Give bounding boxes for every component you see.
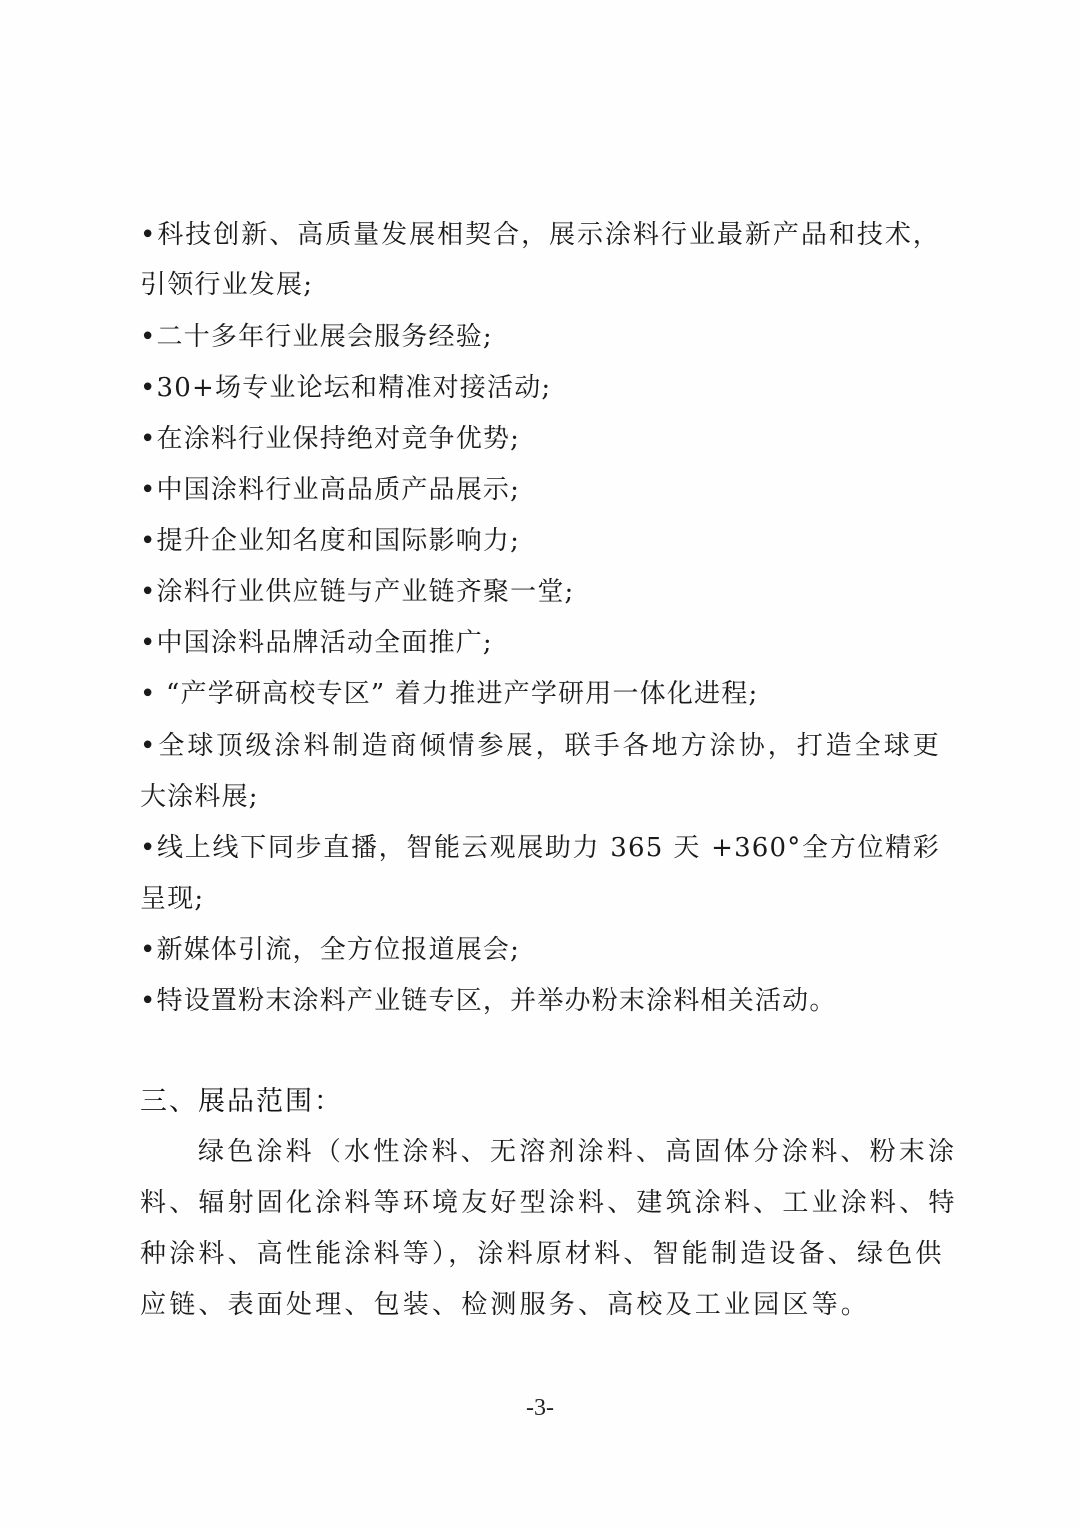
bullet-item-line: •提升企业知名度和国际影响力; [140,526,520,556]
bullet-item-line: 呈现; [140,884,204,914]
bullet-item-line: •特设置粉末涂料产业链专区，并举办粉末涂料相关活动。 [140,986,837,1016]
bullet-item-line: 大涂料展; [140,782,259,812]
bullet-item-line: •中国涂料品牌活动全面推广; [140,628,493,658]
document-page: •科技创新、高质量发展相契合，展示涂料行业最新产品和技术， 引领行业发展; •二… [0,0,1080,1527]
section-paragraph-line: 应链、表面处理、包装、检测服务、高校及工业园区等。 [140,1290,870,1320]
section-heading: 三、展品范围： [140,1087,343,1117]
bullet-item-line: •二十多年行业展会服务经验; [140,322,493,352]
bullet-item-line: •全球顶级涂料制造商倾情参展，联手各地方涂协，打造全球更 [140,731,940,761]
section-paragraph-line: 绿色涂料（水性涂料、无溶剂涂料、高固体分涂料、粉末涂 [198,1137,940,1167]
bullet-item-line: •科技创新、高质量发展相契合，展示涂料行业最新产品和技术， [140,220,940,250]
bullet-item-line: •线上线下同步直播，智能云观展助力 365 天 +360°全方位精彩 [140,833,940,863]
bullet-item-line: • “产学研高校专区” 着力推进产学研用一体化进程; [140,679,758,709]
bullet-item-line: •中国涂料行业高品质产品展示; [140,475,520,505]
bullet-item-line: •涂料行业供应链与产业链齐聚一堂; [140,577,575,607]
section-paragraph-line: 料、辐射固化涂料等环境友好型涂料、建筑涂料、工业涂料、特 [140,1188,940,1218]
bullet-item-line: •在涂料行业保持绝对竞争优势; [140,424,520,454]
page-number: -3- [0,1395,1080,1422]
section-paragraph-line: 种涂料、高性能涂料等），涂料原材料、智能制造设备、绿色供 [140,1239,940,1269]
bullet-item-line: •30+场专业论坛和精准对接活动; [140,373,551,403]
bullet-item-line: 引领行业发展; [140,270,313,300]
bullet-item-line: •新媒体引流，全方位报道展会; [140,935,520,965]
